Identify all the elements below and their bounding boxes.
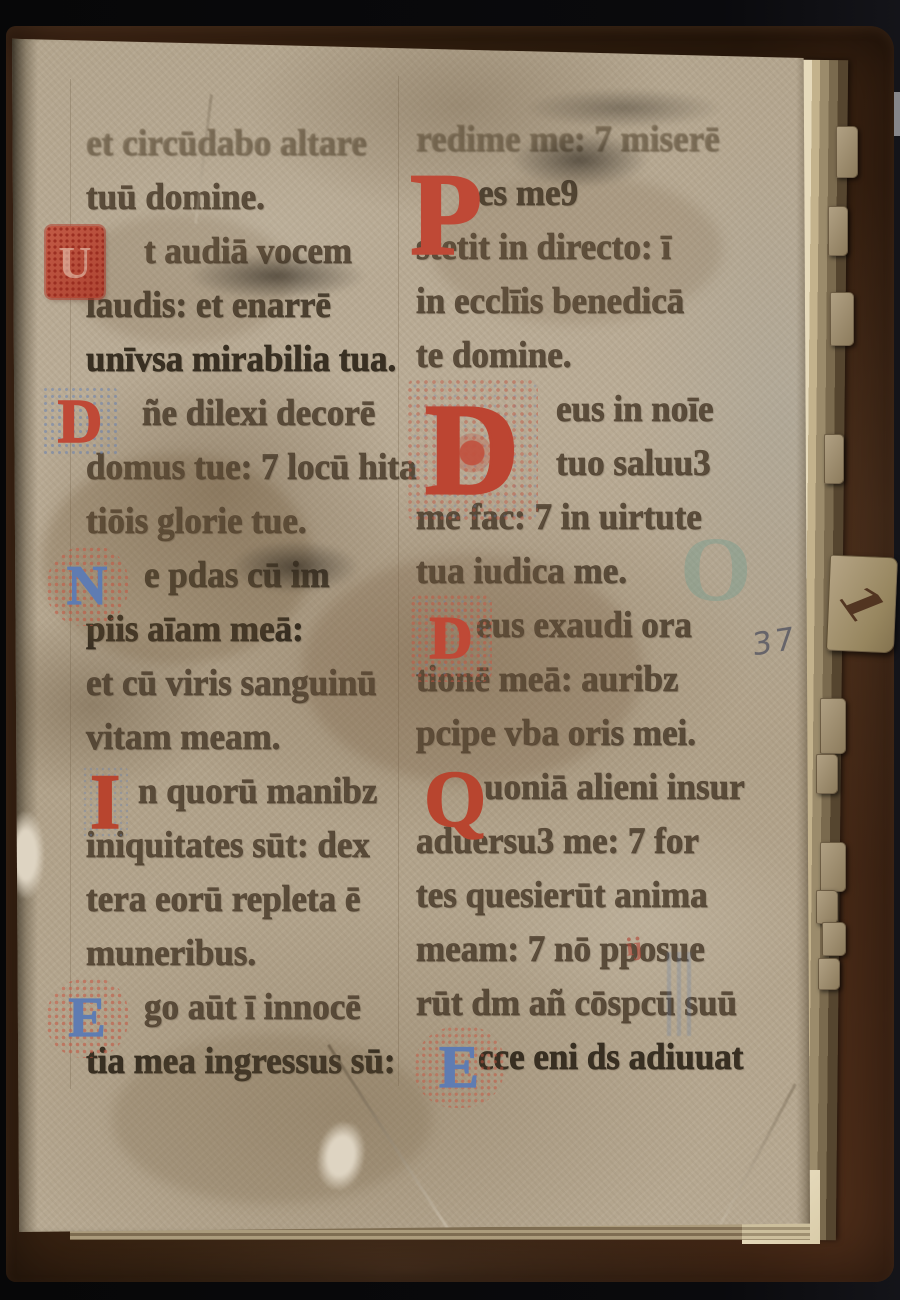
line-text: te domine. bbox=[416, 326, 572, 384]
ink-smudge bbox=[187, 252, 367, 300]
folio-number: 37 bbox=[752, 620, 798, 663]
text-line: Quoniā alieni insur bbox=[416, 762, 788, 816]
text-line: Dñe dilexi decorē bbox=[86, 388, 416, 442]
ink-bleedthrough bbox=[667, 952, 695, 1036]
marginal-mark: ij bbox=[624, 931, 643, 962]
line-text: muneribus. bbox=[86, 924, 256, 982]
illuminated-initial: U bbox=[46, 226, 104, 298]
text-line: In quorū manibz bbox=[86, 766, 416, 820]
illuminated-initial: Q bbox=[424, 760, 486, 840]
ink-smudge bbox=[524, 88, 724, 128]
fore-edge-tab bbox=[828, 206, 848, 256]
illuminated-initial: D bbox=[410, 594, 492, 682]
manuscript-photograph: 1 et circūdabo altaretuū domine.Ut audiā… bbox=[0, 0, 900, 1300]
line-text: meam: 7 nō pposue bbox=[416, 920, 705, 978]
line-text: n quorū manibz bbox=[138, 762, 377, 820]
ink-smudge bbox=[510, 132, 650, 188]
fore-edge-tab bbox=[816, 890, 838, 924]
fore-edge-tab bbox=[820, 842, 846, 892]
manuscript-page: et circūdabo altaretuū domine.Ut audiā v… bbox=[12, 34, 810, 1232]
illuminated-initial: I bbox=[82, 766, 128, 838]
text-line: Deus in noīe bbox=[416, 384, 788, 438]
fore-edge-tab bbox=[818, 958, 840, 990]
illuminated-initial: P bbox=[410, 164, 482, 266]
line-text: tes quesierūt anima bbox=[416, 866, 708, 924]
fore-edge-tab bbox=[822, 922, 846, 956]
fore-edge-tab bbox=[830, 292, 854, 346]
fore-edge-tab bbox=[816, 754, 838, 794]
line-text: et circūdabo altare bbox=[86, 114, 367, 172]
text-line: Ego aūt ī innocē bbox=[86, 982, 416, 1036]
text-line: tuū domine. bbox=[86, 172, 416, 226]
text-line: iniquitates sūt: dex bbox=[86, 820, 416, 874]
ghost-letter-offset: O bbox=[680, 516, 752, 622]
illuminated-initial: E bbox=[46, 978, 128, 1058]
text-line: tes quesierūt anima bbox=[416, 870, 788, 924]
stain bbox=[112, 1034, 432, 1204]
illuminated-initial: D bbox=[406, 378, 538, 522]
leather-bookmark-tab: 1 bbox=[826, 555, 898, 654]
line-text: tuo saluu3 bbox=[556, 434, 711, 492]
illuminated-initial: N bbox=[46, 546, 128, 626]
line-text: ñe dilexi decorē bbox=[142, 384, 375, 442]
text-line: Ecce eni ds adiuuat bbox=[416, 1032, 788, 1086]
text-line: te domine. bbox=[416, 330, 788, 384]
text-line: et circūdabo altare bbox=[86, 118, 416, 172]
text-line: muneribus. bbox=[86, 928, 416, 982]
line-text: iniquitates sūt: dex bbox=[86, 816, 370, 874]
line-text: go aūt ī innocē bbox=[144, 978, 361, 1036]
fore-edge-tab bbox=[836, 126, 858, 178]
crease bbox=[714, 1083, 796, 1235]
ink-smudge bbox=[230, 540, 360, 594]
line-text: unīvsa mirabilia tua. bbox=[86, 330, 396, 388]
text-line: rūt dm añ cōspcū suū bbox=[416, 978, 788, 1032]
fore-edge-tab bbox=[824, 434, 844, 484]
line-text: tera eorū repleta ē bbox=[86, 870, 360, 928]
tab-mark: 1 bbox=[828, 572, 896, 636]
text-line: meam: 7 nō pposue bbox=[416, 924, 788, 978]
illuminated-initial: D bbox=[42, 386, 118, 458]
line-text: cce eni ds adiuuat bbox=[478, 1028, 743, 1086]
illuminated-initial: E bbox=[414, 1026, 504, 1108]
line-text: eus in noīe bbox=[556, 380, 714, 438]
text-line: tera eorū repleta ē bbox=[86, 874, 416, 928]
text-line: unīvsa mirabilia tua. bbox=[86, 334, 416, 388]
fore-edge-tab bbox=[820, 698, 846, 754]
